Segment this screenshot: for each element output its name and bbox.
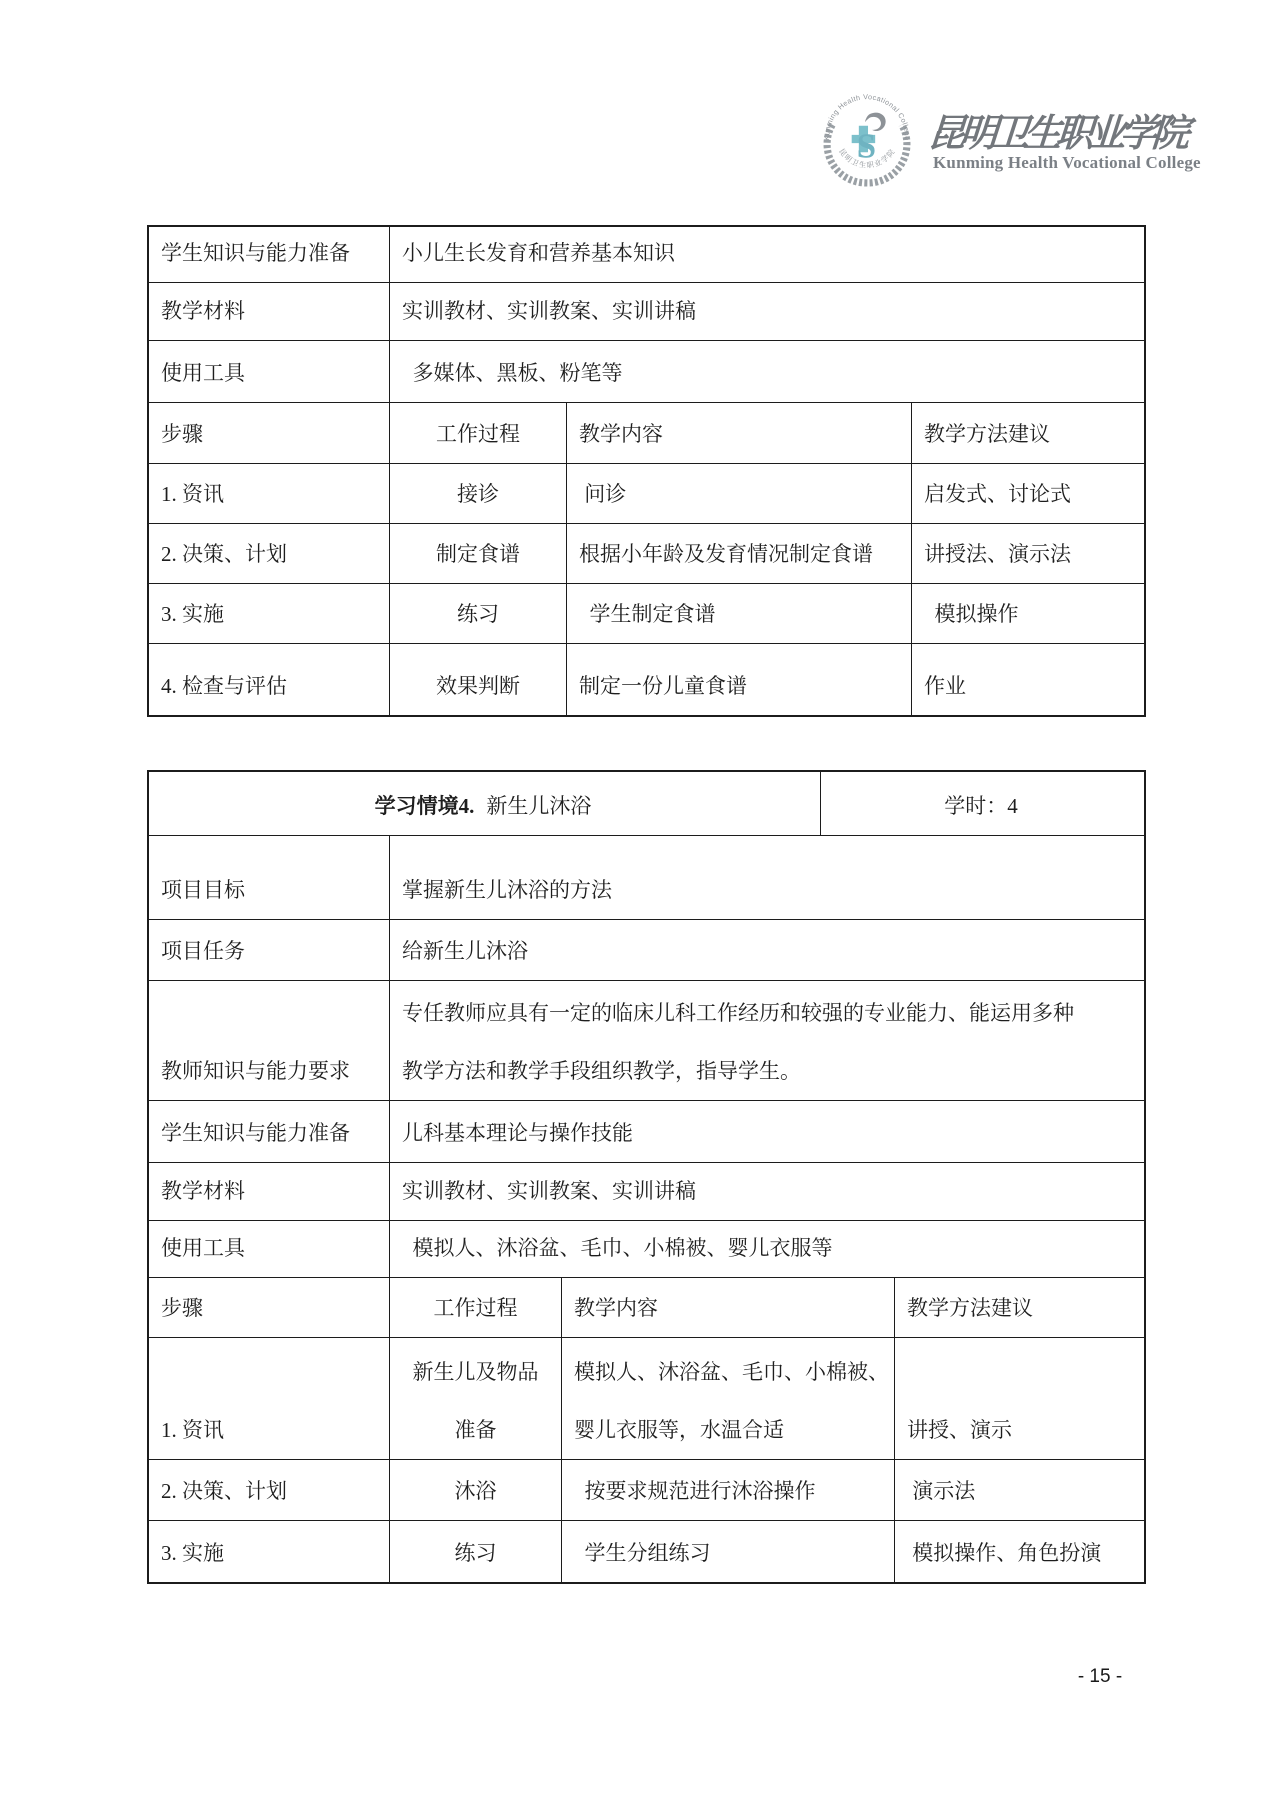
table-cell: 学生知识与能力准备: [149, 1101, 390, 1162]
table2-header-section: 步骤工作过程教学内容教学方法建议: [149, 1277, 1144, 1337]
table-cell: 给新生儿沐浴: [390, 920, 1144, 980]
table-cell: 工作过程: [390, 1278, 562, 1337]
table-cell: 工作过程: [390, 403, 567, 463]
table-cell: 教学方法建议: [895, 1278, 1144, 1337]
table-cell: 练习: [390, 1521, 562, 1582]
info-row: 教师知识与能力要求专任教师应具有一定的临床儿科工作经历和较强的专业能力、能运用多…: [149, 980, 1144, 1100]
table-cell: 实训教材、实训教案、实训讲稿: [390, 1163, 1144, 1220]
lesson-table-1: 学生知识与能力准备小儿生长发育和营养基本知识教学材料实训教材、实训教案、实训讲稿…: [147, 225, 1146, 717]
table-cell: 专任教师应具有一定的临床儿科工作经历和较强的专业能力、能运用多种 教学方法和教学…: [390, 981, 1144, 1100]
table2-title-label: 学习情境4.: [375, 777, 475, 835]
table2-hours-cell: 学时：4: [821, 772, 1144, 835]
table-cell: 模拟操作、角色扮演: [895, 1521, 1144, 1582]
lesson-table-2: 学习情境4.新生儿沐浴 学时：4 项目目标掌握新生儿沐浴的方法项目任务给新生儿沐…: [147, 770, 1146, 1584]
table2-title-cell: 学习情境4.新生儿沐浴: [149, 772, 821, 835]
table-cell: 3. 实施: [149, 584, 390, 643]
table-cell: 模拟操作: [912, 584, 1144, 643]
table-cell: 模拟人、沐浴盆、毛巾、小棉被、 婴儿衣服等，水温合适: [562, 1338, 895, 1459]
table2-info-section: 项目目标掌握新生儿沐浴的方法项目任务给新生儿沐浴教师知识与能力要求专任教师应具有…: [149, 835, 1144, 1277]
header-row: 步骤工作过程教学内容教学方法建议: [149, 1277, 1144, 1337]
info-row: 教学材料实训教材、实训教案、实训讲稿: [149, 1162, 1144, 1220]
table-cell: 儿科基本理论与操作技能: [390, 1101, 1144, 1162]
info-row: 学生知识与能力准备小儿生长发育和营养基本知识: [149, 227, 1144, 282]
table-cell: 掌握新生儿沐浴的方法: [390, 836, 1144, 919]
table-cell: 多媒体、黑板、粉笔等: [390, 341, 1144, 402]
table-cell: 教学材料: [149, 1163, 390, 1220]
table1-steps-section: 1. 资讯接诊 问诊启发式、讨论式2. 决策、计划制定食谱根据小年龄及发育情况制…: [149, 463, 1144, 715]
info-row: 学生知识与能力准备儿科基本理论与操作技能: [149, 1100, 1144, 1162]
table-cell: 教师知识与能力要求: [149, 981, 390, 1100]
table-cell: 1. 资讯: [149, 1338, 390, 1459]
table2-title-row: 学习情境4.新生儿沐浴 学时：4: [149, 772, 1144, 835]
table-cell: 作业: [912, 644, 1144, 715]
table-cell: 学生制定食谱: [567, 584, 912, 643]
step-row: 2. 决策、计划制定食谱根据小年龄及发育情况制定食谱讲授法、演示法: [149, 523, 1144, 583]
step-row: 1. 资讯新生儿及物品 准备模拟人、沐浴盆、毛巾、小棉被、 婴儿衣服等，水温合适…: [149, 1337, 1144, 1459]
table-cell: 学生知识与能力准备: [149, 227, 390, 282]
table-cell: 步骤: [149, 1278, 390, 1337]
table-cell: 使用工具: [149, 1221, 390, 1277]
table-cell: 新生儿及物品 准备: [390, 1338, 562, 1459]
table-cell: 教学内容: [562, 1278, 895, 1337]
table-cell: 3. 实施: [149, 1521, 390, 1582]
table-cell: 2. 决策、计划: [149, 1460, 390, 1520]
table-cell: 根据小年龄及发育情况制定食谱: [567, 524, 912, 583]
table-cell: 项目目标: [149, 836, 390, 919]
step-row: 3. 实施练习 学生制定食谱 模拟操作: [149, 583, 1144, 643]
table-cell: 讲授、演示: [895, 1338, 1144, 1459]
table2-steps-section: 1. 资讯新生儿及物品 准备模拟人、沐浴盆、毛巾、小棉被、 婴儿衣服等，水温合适…: [149, 1337, 1144, 1582]
table-cell: 按要求规范进行沐浴操作: [562, 1460, 895, 1520]
table-cell: 步骤: [149, 403, 390, 463]
college-name-english: Kunming Health Vocational College: [933, 153, 1193, 173]
table-cell: 讲授法、演示法: [912, 524, 1144, 583]
table-cell: 沐浴: [390, 1460, 562, 1520]
table-cell: 问诊: [567, 464, 912, 523]
info-row: 项目目标掌握新生儿沐浴的方法: [149, 835, 1144, 919]
table-cell: 项目任务: [149, 920, 390, 980]
table-cell: 练习: [390, 584, 567, 643]
table-cell: 实训教材、实训教案、实训讲稿: [390, 283, 1144, 340]
table1-header-section: 步骤工作过程教学内容教学方法建议: [149, 402, 1144, 463]
step-row: 2. 决策、计划沐浴 按要求规范进行沐浴操作 演示法: [149, 1459, 1144, 1520]
table-cell: 1. 资讯: [149, 464, 390, 523]
table-cell: 教学材料: [149, 283, 390, 340]
table2-title-text: 新生儿沐浴: [486, 777, 591, 835]
step-row: 1. 资讯接诊 问诊启发式、讨论式: [149, 463, 1144, 523]
table-cell: 制定一份儿童食谱: [567, 644, 912, 715]
table-cell: 学生分组练习: [562, 1521, 895, 1582]
table-cell: 制定食谱: [390, 524, 567, 583]
document-page: Kunming Health Vocational College S 昆明卫生…: [0, 0, 1274, 1801]
info-row: 使用工具 多媒体、黑板、粉笔等: [149, 340, 1144, 402]
info-row: 使用工具 模拟人、沐浴盆、毛巾、小棉被、婴儿衣服等: [149, 1220, 1144, 1277]
step-row: 4. 检查与评估效果判断制定一份儿童食谱作业: [149, 643, 1144, 715]
table-cell: 小儿生长发育和营养基本知识: [390, 227, 1144, 282]
table1-info-section: 学生知识与能力准备小儿生长发育和营养基本知识教学材料实训教材、实训教案、实训讲稿…: [149, 227, 1144, 402]
table-cell: 教学内容: [567, 403, 912, 463]
table-cell: 效果判断: [390, 644, 567, 715]
page-number: - 15 -: [1040, 1662, 1160, 1692]
seal-s-letter: S: [857, 126, 876, 165]
table-cell: 教学方法建议: [912, 403, 1144, 463]
table-cell: 2. 决策、计划: [149, 524, 390, 583]
info-row: 教学材料实训教材、实训教案、实训讲稿: [149, 282, 1144, 340]
table-cell: 使用工具: [149, 341, 390, 402]
table-cell: 4. 检查与评估: [149, 644, 390, 715]
step-row: 3. 实施练习 学生分组练习 模拟操作、角色扮演: [149, 1520, 1144, 1582]
table-cell: 模拟人、沐浴盆、毛巾、小棉被、婴儿衣服等: [390, 1221, 1144, 1277]
college-seal-logo: Kunming Health Vocational College S 昆明卫生…: [818, 90, 916, 188]
table-cell: 接诊: [390, 464, 567, 523]
college-name-calligraphy: 昆明卫生职业学院: [926, 102, 1180, 157]
table-cell: 启发式、讨论式: [912, 464, 1144, 523]
header-row: 步骤工作过程教学内容教学方法建议: [149, 402, 1144, 463]
info-row: 项目任务给新生儿沐浴: [149, 919, 1144, 980]
table-cell: 演示法: [895, 1460, 1144, 1520]
